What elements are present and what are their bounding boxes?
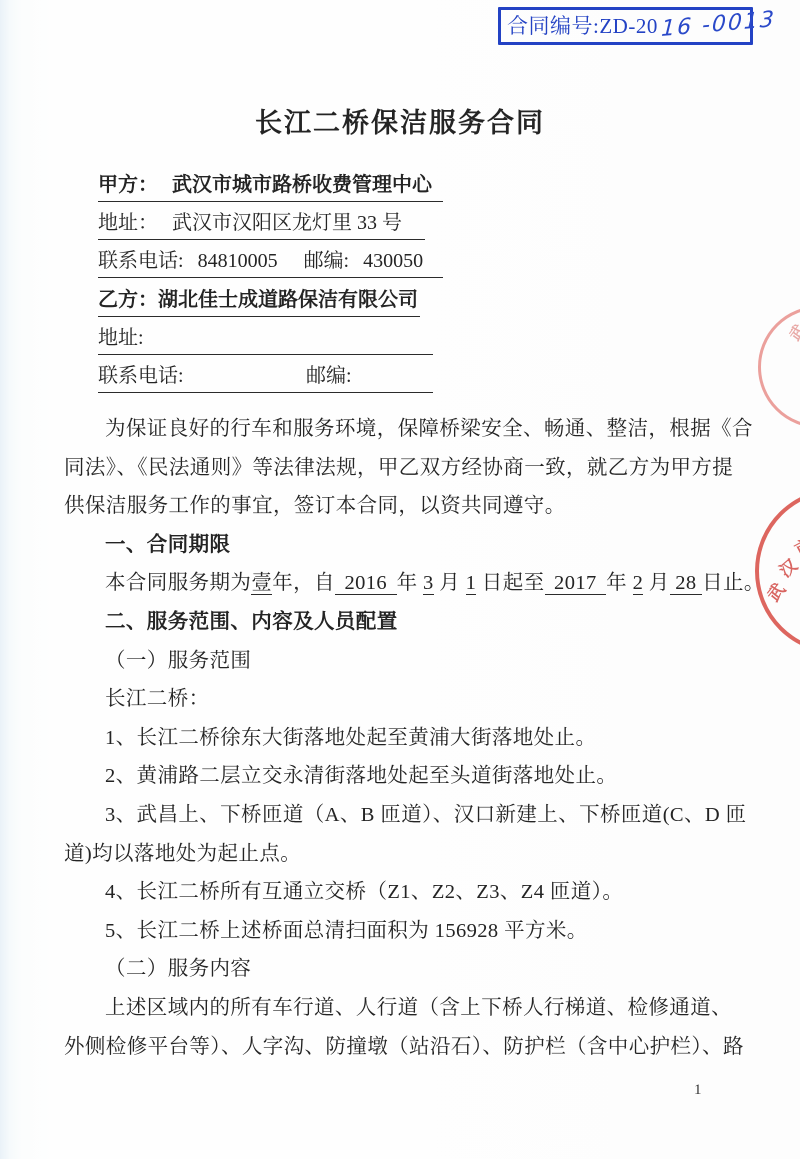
party-a-address-label: 地址： [98, 212, 158, 234]
contract-number-stamp: 合同编号:ZD-2016 -0013 [498, 7, 753, 45]
contract-number-handwritten: 16 -0013 [660, 5, 776, 45]
party-a-zip-value: 430050 [363, 250, 423, 272]
party-a-phone-field: 联系电话:84810005邮编:430050 [98, 248, 443, 278]
contract-term-line: 本合同服务期为壹年，自 2016 年 3 月 1 日起至 2017 年 2 月 … [64, 564, 750, 603]
party-a-address-row: 地址：武汉市汉阳区龙灯里 33 号 [98, 204, 443, 242]
party-a-row: 甲方：武汉市城市路桥收费管理中心 [98, 166, 443, 204]
subsection-1-heading: （一）服务范围 [64, 642, 750, 681]
page-number: 1 [694, 1082, 702, 1099]
scanned-contract-page: 合同编号:ZD-2016 -0013 长江二桥保洁服务合同 甲方：武汉市城市路桥… [0, 0, 800, 1159]
subsection-2-heading: （二）服务内容 [64, 950, 750, 989]
seal-character: 市 [792, 536, 800, 559]
term-start-year: 2016 [335, 572, 397, 595]
party-b-label: 乙方： [98, 289, 158, 311]
term-start-day: 1 [466, 572, 477, 595]
seal-character: 汉 [777, 557, 800, 581]
term-text: 月 [434, 572, 466, 594]
party-a-phone-value: 84810005 [198, 250, 278, 272]
party-a-address-field: 地址：武汉市汉阳区龙灯里 33 号 [98, 210, 425, 240]
term-text: 年，自 [272, 572, 335, 594]
service-content-line: 外侧检修平台等）、人字沟、防撞墩（站沿石）、防护栏（含中心护栏）、路 [64, 1028, 750, 1067]
section-2-heading: 二、服务范围、内容及人员配置 [64, 603, 750, 642]
scope-item-2: 2、黄浦路二层立交永清街落地处起至头道街落地处止。 [64, 757, 750, 796]
term-end-month: 2 [633, 572, 644, 595]
party-b-address-label: 地址: [98, 327, 144, 349]
term-end-year: 2017 [545, 572, 607, 595]
party-a-name: 武汉市城市路桥收费管理中心 [172, 174, 432, 196]
scope-item-4: 4、长江二桥所有互通立交桥（Z1、Z2、Z3、Z4 匝道）。 [64, 873, 750, 912]
service-content-line: 上述区域内的所有车行道、人行道（含上下桥人行梯道、检修通道、 [64, 989, 750, 1028]
contract-number-printed: 合同编号:ZD-20 [507, 14, 658, 38]
scope-item-1: 1、长江二桥徐东大街落地处起至黄浦大街落地处止。 [64, 719, 750, 758]
parties-block: 甲方：武汉市城市路桥收费管理中心 地址：武汉市汉阳区龙灯里 33 号 联系电话:… [98, 166, 443, 395]
party-a-label: 甲方： [98, 174, 158, 196]
party-a-field: 甲方：武汉市城市路桥收费管理中心 [98, 172, 443, 202]
party-b-zip-label: 邮编: [306, 365, 352, 387]
term-start-month: 3 [423, 572, 434, 595]
red-seal-upper: 武 汉 [758, 306, 800, 428]
section-1-heading: 一、合同期限 [64, 526, 750, 565]
term-text: 年 [606, 572, 632, 594]
term-text: 本合同服务期为 [105, 572, 251, 594]
term-duration-underlined: 壹 [251, 572, 272, 595]
party-a-phone-row: 联系电话:84810005邮编:430050 [98, 242, 443, 280]
party-a-zip-label: 邮编: [304, 250, 350, 272]
term-end-day: 28 [670, 572, 702, 595]
party-b-field: 乙方：湖北佳士成道路保洁有限公司 [98, 287, 420, 317]
preamble-line: 同法》、《民法通则》等法律法规，甲乙双方经协商一致，就乙方为甲方提 [64, 449, 750, 488]
party-b-row: 乙方：湖北佳士成道路保洁有限公司 [98, 281, 443, 319]
seal-character: 武 [765, 581, 789, 605]
party-a-phone-label: 联系电话: [98, 250, 184, 272]
scope-item-3-cont: 道)均以落地处为起止点。 [64, 835, 750, 874]
party-a-address-value: 武汉市汉阳区龙灯里 33 号 [172, 212, 402, 234]
scope-item-3: 3、武昌上、下桥匝道（A、B 匝道）、汉口新建上、下桥匝道(C、D 匝 [64, 796, 750, 835]
preamble-line: 供保洁服务工作的事宜，签订本合同，以资共同遵守。 [64, 487, 750, 526]
term-text: 日起至 [476, 572, 544, 594]
red-seal-lower: 武 汉 市 城 道 [755, 488, 800, 654]
scope-item-5: 5、长江二桥上述桥面总清扫面积为 156928 平方米。 [64, 912, 750, 951]
party-b-name: 湖北佳士成道路保洁有限公司 [158, 289, 418, 311]
preamble-line: 为保证良好的行车和服务环境，保障桥梁安全、畅通、整洁，根据《合 [64, 410, 750, 449]
party-b-address-field: 地址: [98, 325, 433, 355]
scope-intro: 长江二桥： [64, 680, 750, 719]
term-text: 月 [643, 572, 669, 594]
party-b-phone-field: 联系电话: [98, 363, 306, 393]
party-b-zip-field: 邮编: [306, 363, 433, 393]
party-b-phone-row: 联系电话:邮编: [98, 357, 443, 395]
term-text: 年 [397, 572, 423, 594]
seal-character: 武 [787, 322, 800, 344]
document-title: 长江二桥保洁服务合同 [0, 101, 800, 140]
party-b-address-row: 地址: [98, 319, 443, 357]
party-b-phone-label: 联系电话: [98, 365, 184, 387]
contract-body: 为保证良好的行车和服务环境，保障桥梁安全、畅通、整洁，根据《合 同法》、《民法通… [64, 410, 750, 1066]
